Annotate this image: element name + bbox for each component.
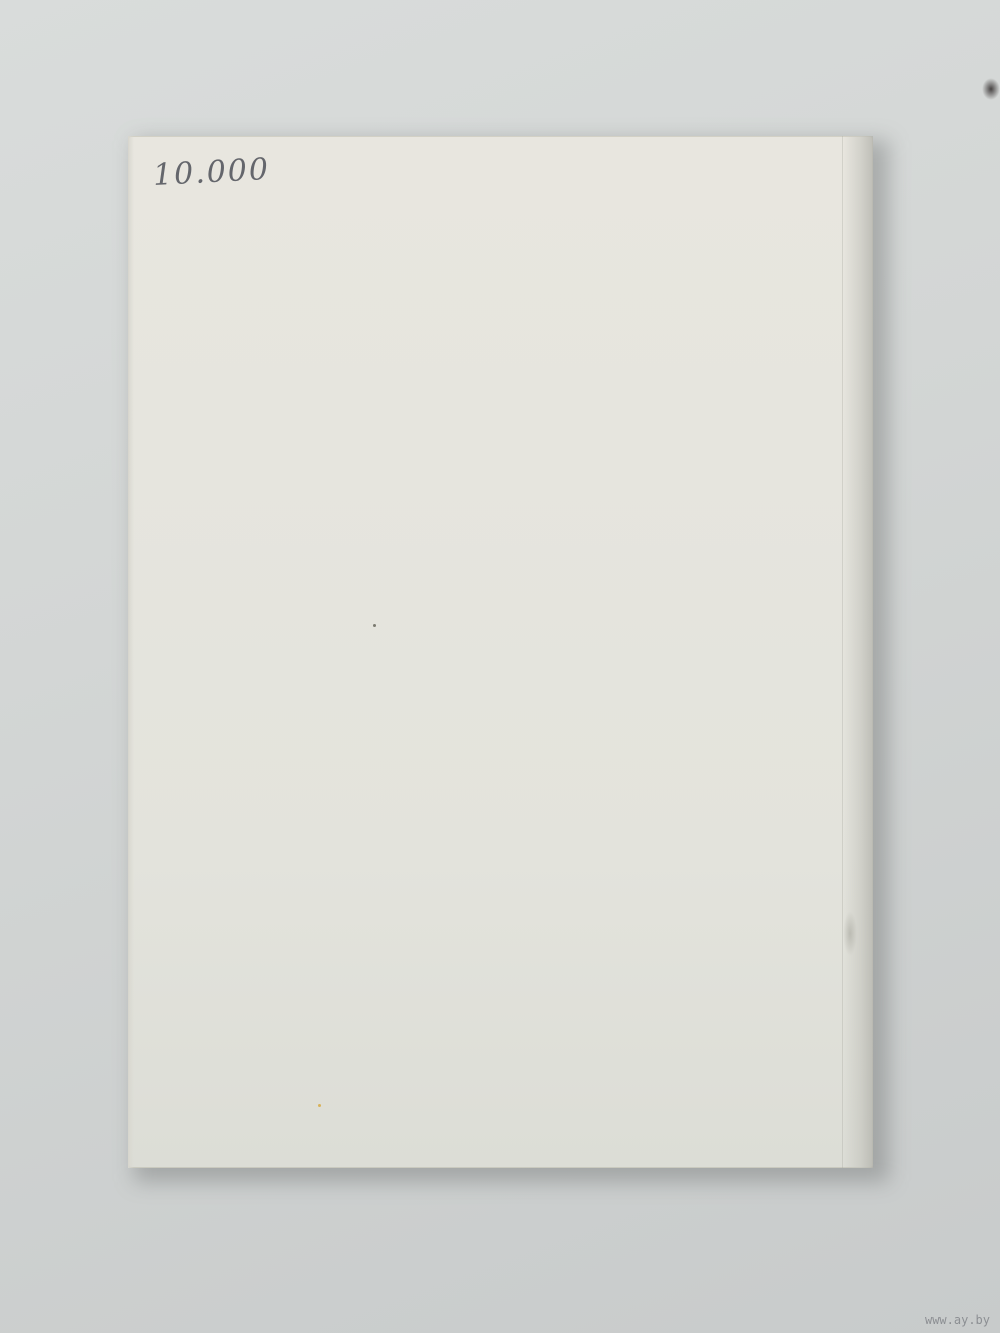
background-mark — [982, 78, 1000, 100]
cover-dent — [843, 911, 857, 956]
speck — [318, 1104, 321, 1107]
book-back-cover — [128, 136, 873, 1168]
photo-scene: 10.000 www.ay.by — [0, 0, 1000, 1333]
speck — [373, 624, 376, 627]
book-spine-edge — [843, 136, 873, 1168]
watermark-text: www.ay.by — [925, 1313, 990, 1327]
cover-crease — [842, 136, 843, 1168]
handwritten-price: 10.000 — [152, 152, 271, 193]
